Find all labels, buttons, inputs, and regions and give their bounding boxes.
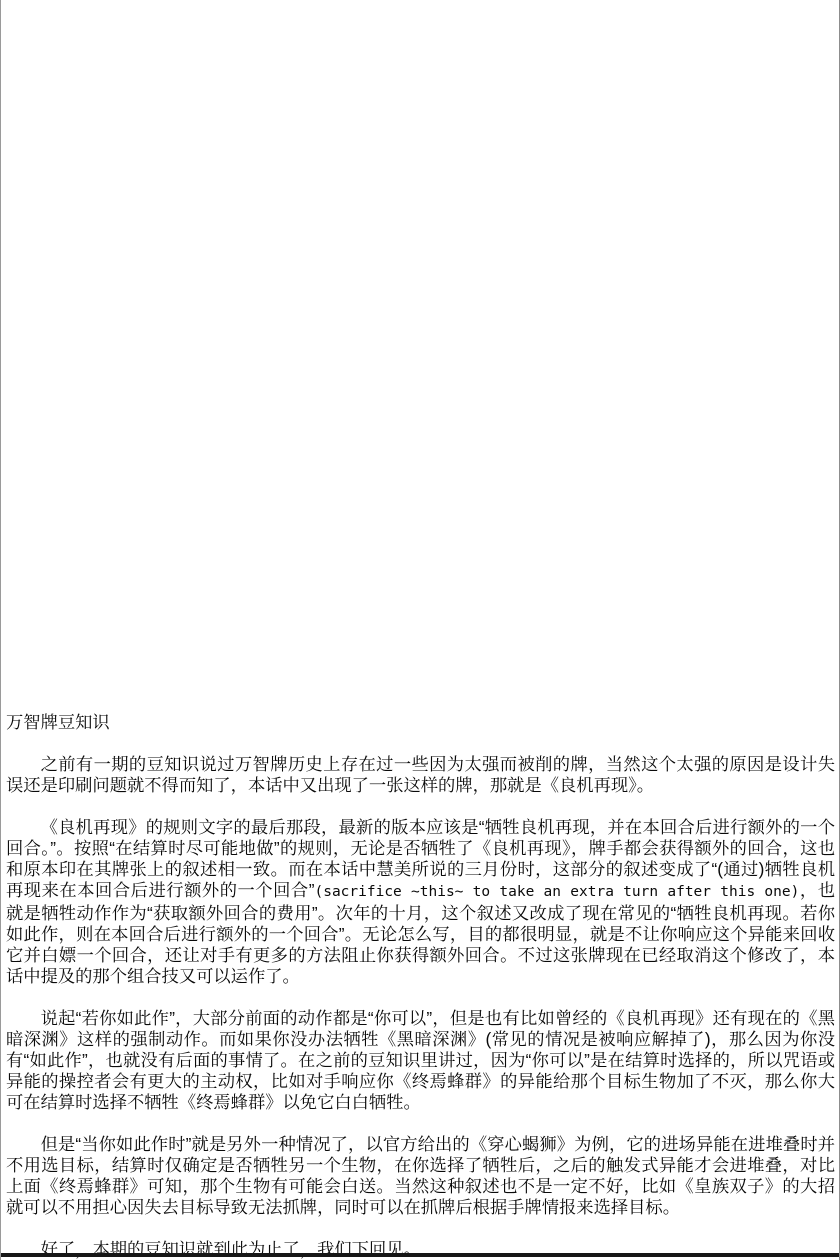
article-paragraph-4: 但是“当你如此作时”就是另外一种情况了，以官方给出的《穿心蝎狮》为例，它的进场异… <box>6 1134 835 1218</box>
paragraph-2-english-rules-quote: (sacrifice ~this~ to take an extra turn … <box>314 884 799 900</box>
article-paragraph-1: 之前有一期的豆知识说过万智牌历史上存在过一些因为太强而被削的牌，当然这个太强的原… <box>6 754 835 796</box>
article-body: 万智牌豆知识 之前有一期的豆知识说过万智牌历史上存在过一些因为太强而被削的牌，当… <box>6 712 835 1260</box>
article-title: 万智牌豆知识 <box>6 712 835 733</box>
bottom-border-line <box>1 1253 839 1257</box>
article-paragraph-2: 《良机再现》的规则文字的最后那段，最新的版本应该是“牺牲良机再现，并在本回合后进… <box>6 817 835 987</box>
article-paragraph-3: 说起“若你如此作”，大部分前面的动作都是“你可以”，但是也有比如曾经的《良机再现… <box>6 1008 835 1113</box>
document-page: 万智牌豆知识 之前有一期的豆知识说过万智牌历史上存在过一些因为太强而被削的牌，当… <box>0 0 840 1260</box>
